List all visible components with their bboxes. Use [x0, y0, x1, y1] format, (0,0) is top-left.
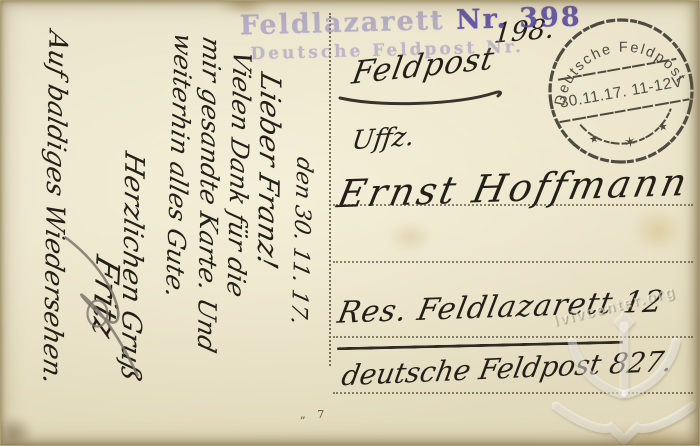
address-rule-3 [333, 336, 693, 338]
address-rule-2 [333, 261, 693, 263]
signature-flourish [54, 226, 144, 386]
paper-stain [632, 208, 684, 252]
postcard-scan: „ 7 den 30. 11. 17. Lieber Franz! Vielen… [0, 0, 700, 446]
center-divider-rule [329, 13, 331, 366]
message-date: den 30. 11. 17. [286, 154, 317, 327]
address-unit: Res. Feldlazarett 12 [335, 284, 667, 331]
paper-stain [596, 424, 700, 446]
message-body-line-3: weiterhin alles Gute. [160, 30, 198, 302]
postmark-star-left: ★ [588, 132, 600, 147]
postmark-star-right: ★ [657, 119, 669, 134]
address-rule-4 [333, 392, 693, 394]
message-block-rotated: den 30. 11. 17. Lieber Franz! Vielen Dan… [21, 8, 316, 438]
postmark-stamp: Deutsche Feldpost 30.11.17. 11-12V ★ ✶ ★ [532, 2, 700, 180]
feldpost-underline-flourish [336, 84, 508, 110]
message-body-line-2: mir gesandte Karte. Und [192, 34, 226, 356]
postmark-star-center: ✶ [622, 132, 638, 152]
address-post-line: deutsche Feldpost 827. [339, 345, 675, 393]
address-name: Ernst Hoffmann [333, 160, 693, 217]
address-rank: Uffz. [350, 122, 416, 157]
message-salutation: Lieber Franz! [251, 69, 287, 272]
paper-stain [388, 222, 432, 252]
